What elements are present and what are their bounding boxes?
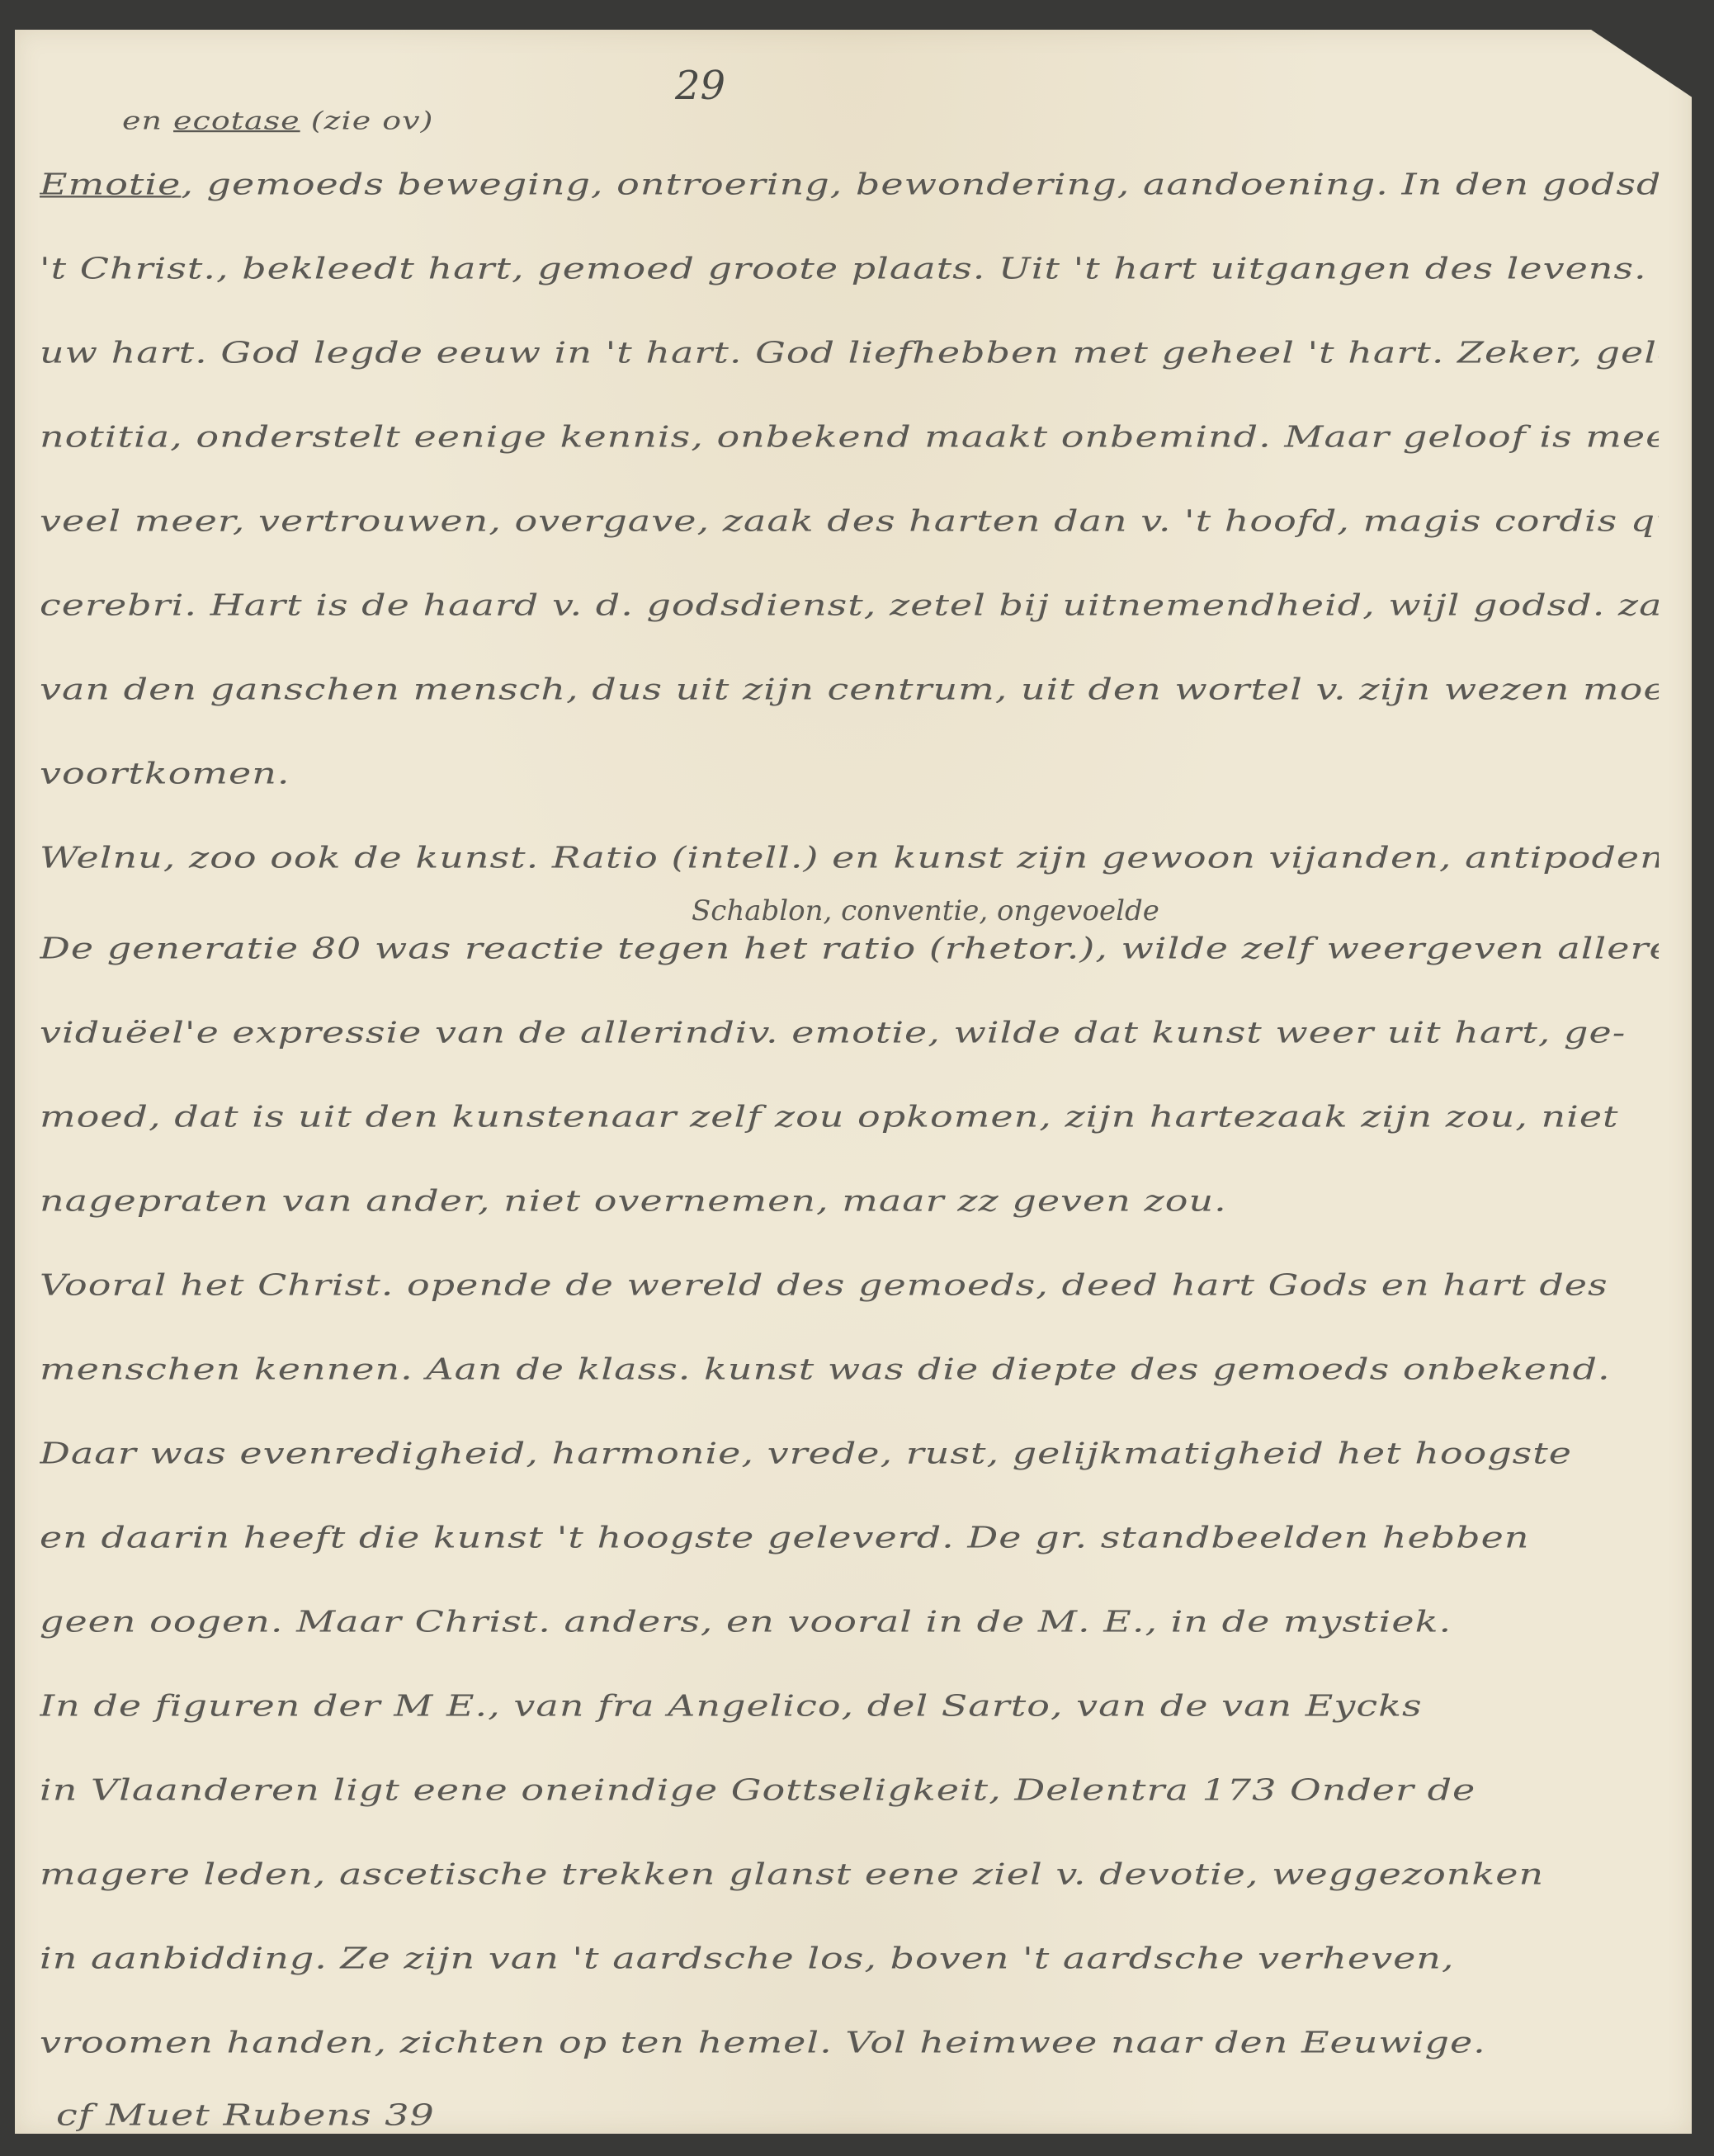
header-note-underlined-word: ecotase bbox=[173, 106, 300, 134]
underlined-term: Emotie bbox=[40, 167, 181, 201]
manuscript-line: veel meer, vertrouwen, overgave, zaak de… bbox=[40, 503, 1659, 539]
manuscript-line: vroomen handen, zichten op ten hemel. Vo… bbox=[40, 2025, 1659, 2060]
manuscript-line: viduëel'e expressie van de allerindiv. e… bbox=[40, 1015, 1659, 1050]
manuscript-line: De generatie 80 was reactie tegen het ra… bbox=[40, 931, 1659, 966]
manuscript-line: uw hart. God legde eeuw in 't hart. God … bbox=[40, 335, 1659, 370]
manuscript-line: Emotie, gemoeds beweging, ontroering, be… bbox=[40, 167, 1659, 202]
manuscript-line: magere leden, ascetische trekken glanst … bbox=[40, 1856, 1659, 1892]
manuscript-line: Welnu, zoo ook de kunst. Ratio (intell.)… bbox=[40, 840, 1659, 875]
manuscript-line: moed, dat is uit den kunstenaar zelf zou… bbox=[40, 1099, 1659, 1135]
header-note-prefix: en bbox=[122, 106, 173, 134]
manuscript-line: Vooral het Christ. opende de wereld des … bbox=[40, 1267, 1659, 1303]
page-number: 29 bbox=[675, 63, 725, 109]
manuscript-line: en daarin heeft die kunst 't hoogste gel… bbox=[40, 1520, 1659, 1555]
manuscript-line: 't Christ., bekleedt hart, gemoed groote… bbox=[40, 251, 1659, 286]
header-note: en ecotase (zie ov) bbox=[122, 106, 1659, 136]
manuscript-line: In de figuren der M E., van fra Angelico… bbox=[40, 1688, 1659, 1724]
manuscript-line: cerebri. Hart is de haard v. d. godsdien… bbox=[40, 587, 1659, 623]
manuscript-line: van den ganschen mensch, dus uit zijn ce… bbox=[40, 672, 1659, 707]
manuscript-line: in aanbidding. Ze zijn van 't aardsche l… bbox=[40, 1941, 1659, 1976]
manuscript-line: voortkomen. bbox=[40, 756, 1659, 791]
manuscript-line: Daar was evenredigheid, harmonie, vrede,… bbox=[40, 1436, 1659, 1471]
manuscript-line: notitia, onderstelt eenige kennis, onbek… bbox=[40, 419, 1659, 455]
manuscript-line: cf Muet Rubens 39 bbox=[56, 2097, 1659, 2133]
manuscript-page: 29 en ecotase (zie ov) Emotie, gemoeds b… bbox=[15, 30, 1692, 2134]
manuscript-line: menschen kennen. Aan de klass. kunst was… bbox=[40, 1352, 1659, 1387]
header-note-suffix: (zie ov) bbox=[300, 106, 434, 134]
manuscript-line: geen oogen. Maar Christ. anders, en voor… bbox=[40, 1604, 1659, 1639]
manuscript-line: nagepraten van ander, niet overnemen, ma… bbox=[40, 1183, 1659, 1219]
manuscript-line: in Vlaanderen ligt eene oneindige Gottse… bbox=[40, 1772, 1659, 1808]
interlinear-insertion: Schablon, conventie, ongevoelde bbox=[692, 894, 1159, 927]
